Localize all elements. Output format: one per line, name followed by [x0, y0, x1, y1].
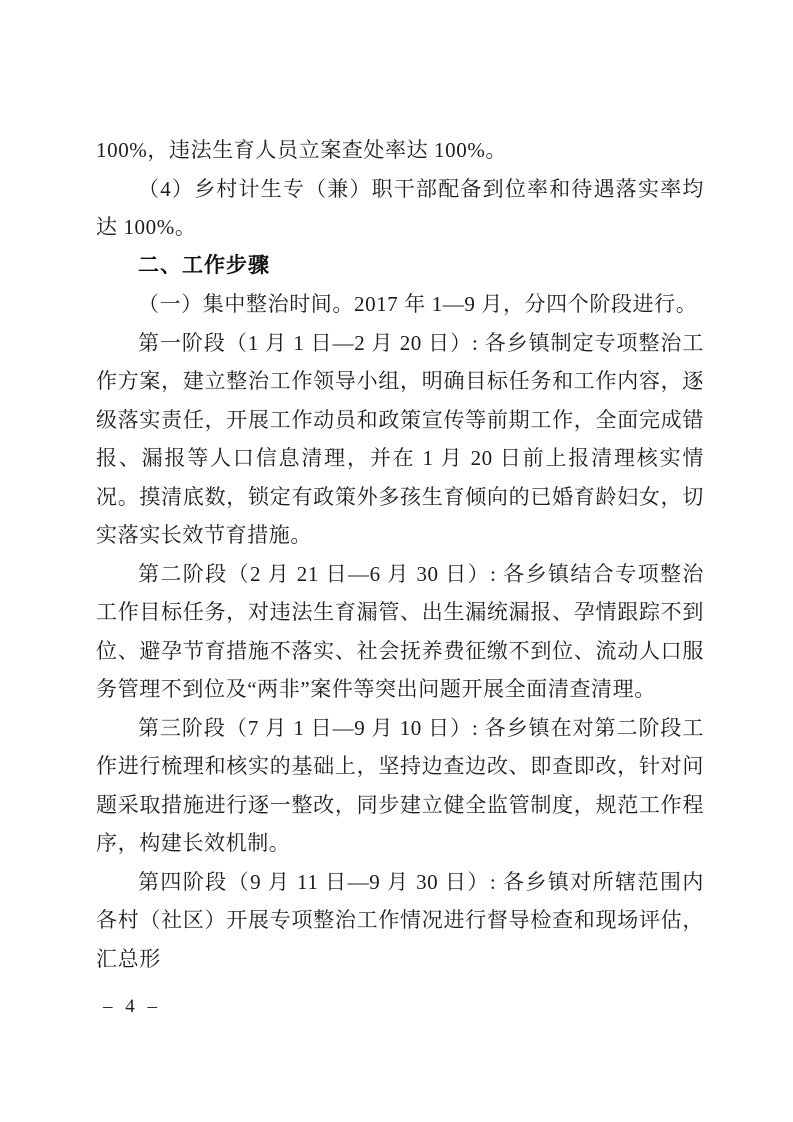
page-number: – 4 –	[103, 994, 161, 1020]
document-page: 100%，违法生育人员立案查处率达 100%。 （4）乡村计生专（兼）职干部配备…	[0, 0, 793, 1122]
paragraph-stage-1: 第一阶段（1 月 1 日—2 月 20 日）: 各乡镇制定专项整治工作方案，建立…	[96, 324, 704, 555]
paragraph-continuation: 100%，违法生育人员立案查处率达 100%。	[96, 131, 704, 170]
paragraph-stage-3: 第三阶段（7 月 1 日—9 月 10 日）: 各乡镇在对第二阶段工作进行梳理和…	[96, 709, 704, 863]
subsection-lead-label: （一）集中整治时间。	[138, 292, 354, 316]
paragraph-stage-4: 第四阶段（9 月 11 日—9 月 30 日）: 各乡镇对所辖范围内各村（社区）…	[96, 863, 704, 979]
paragraph-subsection-time: （一）集中整治时间。2017 年 1—9 月，分四个阶段进行。	[96, 285, 704, 324]
subsection-text: 2017 年 1—9 月，分四个阶段进行。	[354, 292, 697, 316]
paragraph-stage-2: 第二阶段（2 月 21 日—6 月 30 日）: 各乡镇结合专项整治工作目标任务…	[96, 555, 704, 709]
paragraph-item-4: （4）乡村计生专（兼）职干部配备到位率和待遇落实率均达 100%。	[96, 170, 704, 247]
section-heading-work-steps: 二、工作步骤	[96, 247, 704, 286]
document-body: 100%，违法生育人员立案查处率达 100%。 （4）乡村计生专（兼）职干部配备…	[96, 131, 704, 978]
